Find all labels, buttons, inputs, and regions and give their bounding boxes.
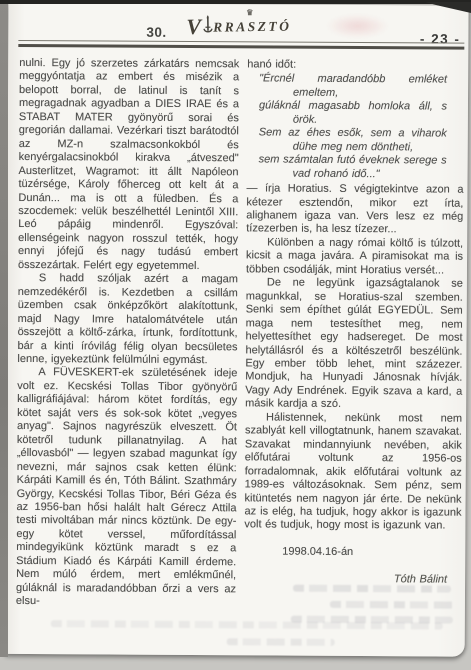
page: 30. V ♛RRASZTÓ - 23 - nulni. Egy jó szer… [5,3,469,657]
bleedthrough-line [293,585,451,593]
crown-icon: ♛ [246,8,253,17]
scanner-edge-left [0,0,8,657]
paragraph: Hálistennek, nekünk most nem szablyát ke… [244,411,462,533]
article-body: nulni. Egy jó szerzetes zárkatárs nemcsa… [16,57,464,611]
masthead-title: V ♛RRASZTÓ [186,14,291,41]
header-rule [18,40,464,49]
scanner-edge-top [0,0,471,4]
issue-number: 30. [146,25,166,40]
right-column: hanó időt: "Ércnél maradandóbb emléket e… [244,58,464,611]
paragraph: nulni. Egy jó szerzetes zárkatárs nemcsa… [18,57,239,274]
paragraph: — írja Horatius. S végigtekintve azon a … [246,182,463,237]
paragraph: De ne legyünk igazságtalanok se magunkka… [245,277,463,413]
masthead-letter-v: V [186,14,201,39]
poem-line: sem számtalan futó éveknek serege s vad … [259,154,447,182]
horatius-poem-quote: "Ércnél maradandóbb emléket emeltem, gúl… [259,73,448,182]
pink-smudge-artifact [326,14,388,38]
paragraph: S hadd szóljak azért a magam nemzedékérő… [17,272,238,368]
poem-line: Sem az éhes esők, sem a viharok dühe meg… [259,127,447,155]
header-rule-thick [18,43,464,49]
bleedthrough-line [51,620,443,629]
masthead-letters-rest: RRASZTÓ [213,19,291,35]
candle-sword-icon [202,15,213,40]
paragraph: A FÜVESKERT-ek születésének ideje volt e… [16,366,237,609]
paragraph: Különben a nagy római költő is túlzott, … [246,236,463,278]
bleedthrough-line [330,601,458,609]
left-column: nulni. Egy jó szerzetes zárkatárs nemcsa… [16,57,239,610]
scanned-document: { "header": { "issue_number": "30.", "ma… [0,0,471,670]
continuation-lead: hanó időt: [247,58,464,73]
bleedthrough-line [227,638,335,646]
date-line: 1998.04.16-án [244,545,461,560]
poem-line: "Ércnél maradandóbb emléket emeltem, [259,73,447,101]
poem-line: gúláknál magasabb homloka áll, s örök. [259,100,447,128]
